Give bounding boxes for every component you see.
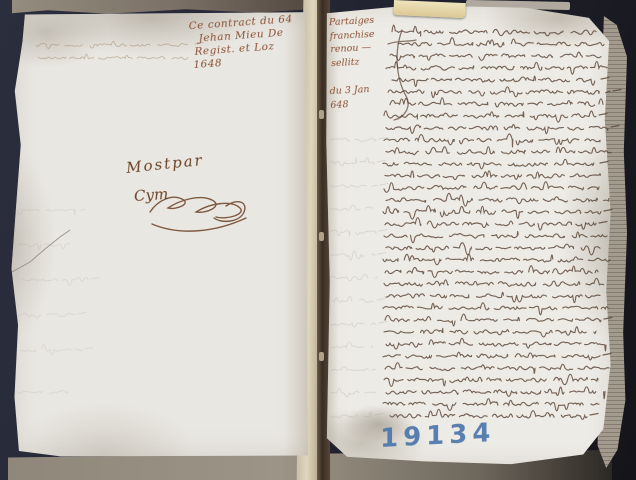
script-line — [383, 159, 608, 169]
main-script-lines — [383, 25, 621, 419]
script-line — [20, 345, 93, 355]
script-line — [38, 54, 188, 59]
script-line — [386, 292, 600, 302]
script-line — [331, 158, 385, 166]
margin-notes-date: du 3 Jan 648 — [329, 83, 370, 112]
script-line — [386, 147, 611, 155]
script-line — [18, 209, 85, 215]
script-line — [331, 296, 385, 302]
script-line — [392, 25, 596, 36]
script-line — [384, 182, 599, 193]
script-line — [384, 374, 598, 386]
script-line — [385, 314, 612, 326]
margin-note: sellitz — [331, 54, 377, 70]
margin-notes-top: Partaiges franchise renou — sellitz — [329, 14, 377, 70]
margin-note-year: 648 — [330, 96, 371, 112]
script-line — [386, 387, 605, 399]
right-page-bleedthrough — [331, 138, 388, 418]
script-line — [388, 87, 621, 98]
script-line — [386, 193, 609, 206]
script-line — [390, 52, 601, 60]
handwriting-layer — [0, 0, 636, 480]
script-line — [331, 367, 376, 371]
script-line — [22, 278, 99, 286]
script-line — [385, 363, 609, 374]
script-line — [386, 62, 607, 75]
script-line — [385, 218, 607, 230]
script-line — [36, 41, 203, 48]
script-line — [331, 412, 383, 417]
script-line — [384, 134, 600, 147]
script-line — [386, 125, 619, 134]
script-line — [331, 184, 388, 188]
margin-note-date: du 3 Jan — [329, 83, 370, 99]
script-line — [384, 232, 607, 243]
signature-flourish-text: Cym — [133, 185, 168, 205]
script-line — [331, 230, 387, 237]
script-line — [390, 98, 603, 107]
script-line — [18, 313, 86, 319]
script-line — [331, 251, 386, 260]
script-line — [385, 266, 598, 278]
title-note: Ce contract du 64 Jehan Mieu De Regist. … — [188, 12, 313, 72]
script-line — [383, 399, 599, 411]
script-line — [383, 254, 610, 265]
script-line — [331, 205, 373, 210]
archival-number: 19134 — [380, 418, 495, 454]
script-line — [386, 338, 606, 351]
script-line — [331, 138, 387, 142]
manuscript-scan: Ce contract du 64 Jehan Mieu De Regist. … — [0, 0, 636, 480]
script-line — [331, 274, 377, 280]
script-line — [331, 342, 373, 348]
faded-note-lines — [36, 41, 203, 59]
script-line — [386, 243, 600, 255]
script-line — [18, 391, 68, 394]
script-line — [383, 352, 611, 360]
script-line — [383, 206, 612, 219]
script-line — [383, 303, 608, 315]
script-line — [385, 171, 601, 180]
script-line — [392, 76, 609, 86]
script-line — [18, 243, 70, 249]
script-line — [384, 278, 604, 286]
script-line — [331, 322, 387, 328]
script-line — [331, 389, 375, 397]
script-line — [384, 327, 596, 337]
margin-note: renou — — [330, 41, 376, 57]
left-page-bleedthrough — [18, 209, 99, 393]
paper-crack — [12, 230, 70, 272]
script-line — [384, 111, 607, 122]
script-line — [398, 38, 604, 47]
